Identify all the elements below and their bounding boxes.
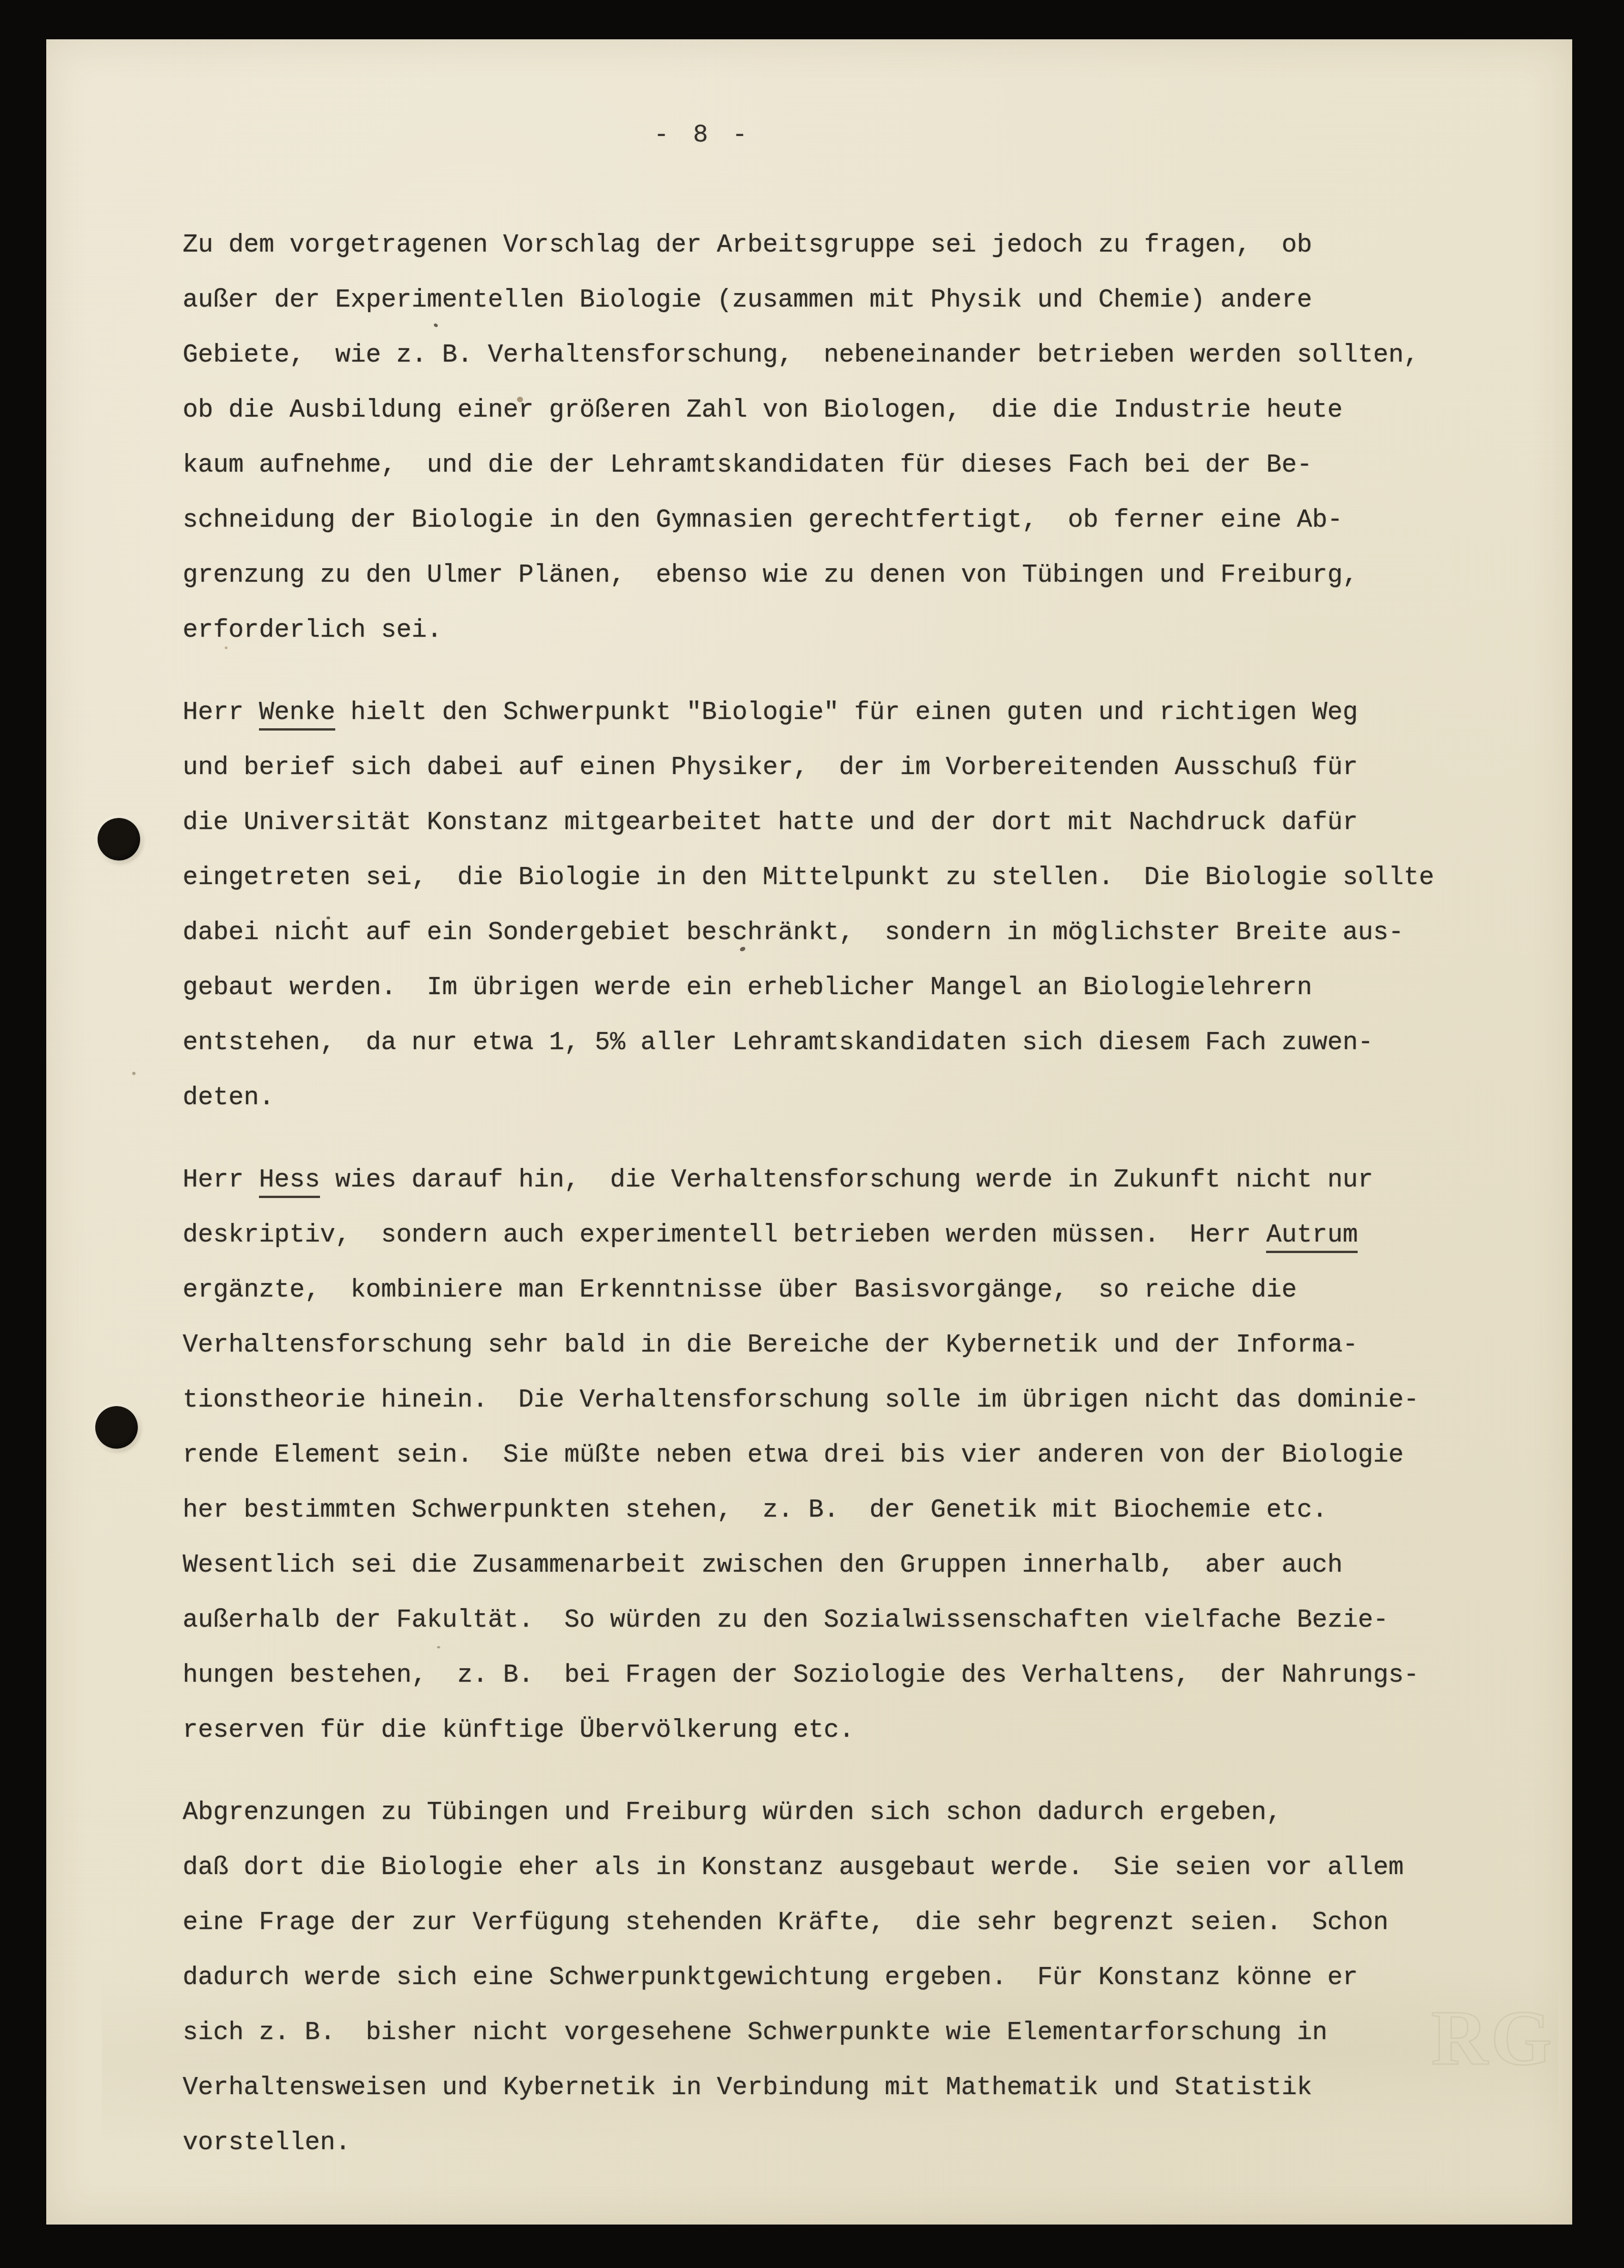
text-line: tionstheorie hinein. Die Verhaltensforsc… — [183, 1372, 1491, 1427]
text-line: sich z. B. bisher nicht vorgesehene Schw… — [183, 2005, 1491, 2060]
text-segment: Verhaltensforschung sehr bald in die Ber… — [183, 1330, 1358, 1359]
text-line: und berief sich dabei auf einen Physiker… — [183, 740, 1491, 795]
text-segment: Abgrenzungen zu Tübingen und Freiburg wü… — [183, 1798, 1281, 1827]
text-segment: deten. — [183, 1083, 274, 1112]
text-segment: und berief sich dabei auf einen Physiker… — [183, 753, 1358, 782]
text-line: ob die Ausbildung einer größeren Zahl vo… — [183, 382, 1491, 437]
paper-speck — [1147, 354, 1150, 357]
text-line: Abgrenzungen zu Tübingen und Freiburg wü… — [183, 1785, 1491, 1840]
text-line: Verhaltensforschung sehr bald in die Ber… — [183, 1317, 1491, 1372]
text-line: her bestimmten Schwerpunkten stehen, z. … — [183, 1482, 1491, 1537]
text-line: gebaut werden. Im übrigen werde ein erhe… — [183, 960, 1491, 1015]
text-line: reserven für die künftige Übervölkerung … — [183, 1703, 1491, 1758]
text-segment: Herr — [183, 698, 259, 727]
text-segment: kaum aufnehme, und die der Lehramtskandi… — [183, 450, 1312, 479]
text-segment: ergänzte, kombiniere man Erkenntnisse üb… — [183, 1275, 1297, 1304]
paragraph: Abgrenzungen zu Tübingen und Freiburg wü… — [183, 1785, 1491, 2170]
text-segment: rende Element sein. Sie müßte neben etwa… — [183, 1440, 1403, 1469]
text-line: daß dort die Biologie eher als in Konsta… — [183, 1840, 1491, 1895]
paragraph: Zu dem vorgetragenen Vorschlag der Arbei… — [183, 217, 1491, 658]
text-segment: hungen bestehen, z. B. bei Fragen der So… — [183, 1660, 1419, 1690]
underlined-name: Hess — [259, 1165, 320, 1198]
text-block: Zu dem vorgetragenen Vorschlag der Arbei… — [183, 217, 1491, 2197]
text-segment: wies darauf hin, die Verhaltensforschung… — [320, 1165, 1373, 1194]
text-line: deten. — [183, 1070, 1491, 1125]
text-segment: eingetreten sei, die Biologie in den Mit… — [183, 863, 1434, 892]
text-segment: ob die Ausbildung einer größeren Zahl vo… — [183, 395, 1342, 424]
text-line: hungen bestehen, z. B. bei Fragen der So… — [183, 1647, 1491, 1703]
text-segment: Zu dem vorgetragenen Vorschlag der Arbei… — [183, 230, 1312, 259]
paper-speck — [437, 1646, 440, 1648]
text-line: Zu dem vorgetragenen Vorschlag der Arbei… — [183, 217, 1491, 272]
text-line: entstehen, da nur etwa 1, 5% aller Lehra… — [183, 1015, 1491, 1070]
text-line: grenzung zu den Ulmer Plänen, ebenso wie… — [183, 547, 1491, 602]
text-segment: schneidung der Biologie in den Gymnasien… — [183, 505, 1342, 535]
text-segment: außerhalb der Fakultät. So würden zu den… — [183, 1605, 1388, 1635]
text-line: kaum aufnehme, und die der Lehramtskandi… — [183, 437, 1491, 492]
text-segment: Wesentlich sei die Zusammenarbeit zwisch… — [183, 1550, 1342, 1580]
text-segment: sich z. B. bisher nicht vorgesehene Schw… — [183, 2018, 1327, 2047]
text-segment: entstehen, da nur etwa 1, 5% aller Lehra… — [183, 1028, 1373, 1057]
text-segment: erforderlich sei. — [183, 615, 442, 645]
text-segment: deskriptiv, sondern auch experimentell b… — [183, 1220, 1266, 1249]
paper-speck — [326, 916, 330, 919]
text-segment: dabei nicht auf ein Sondergebiet beschrä… — [183, 918, 1403, 947]
text-line: Verhaltensweisen und Kybernetik in Verbi… — [183, 2060, 1491, 2115]
text-line: Herr Hess wies darauf hin, die Verhalten… — [183, 1152, 1491, 1207]
paper-speck — [132, 1072, 135, 1075]
paragraph: Herr Wenke hielt den Schwerpunkt "Biolog… — [183, 685, 1491, 1125]
text-line: ergänzte, kombiniere man Erkenntnisse üb… — [183, 1262, 1491, 1317]
underlined-name: Autrum — [1266, 1220, 1358, 1253]
text-segment: Verhaltensweisen und Kybernetik in Verbi… — [183, 2073, 1312, 2102]
paper-speck — [225, 646, 228, 649]
paragraph: Herr Hess wies darauf hin, die Verhalten… — [183, 1152, 1491, 1758]
text-segment: hielt den Schwerpunkt "Biologie" für ein… — [335, 698, 1358, 727]
text-line: rende Element sein. Sie müßte neben etwa… — [183, 1427, 1491, 1482]
text-line: dadurch werde sich eine Schwerpunktgewic… — [183, 1950, 1491, 2005]
text-line: eine Frage der zur Verfügung stehenden K… — [183, 1895, 1491, 1950]
text-segment: Gebiete, wie z. B. Verhaltensforschung, … — [183, 340, 1419, 369]
text-segment: tionstheorie hinein. Die Verhaltensforsc… — [183, 1385, 1419, 1414]
text-segment: vorstellen. — [183, 2128, 351, 2157]
text-segment: außer der Experimentellen Biologie (zusa… — [183, 285, 1312, 314]
text-line: vorstellen. — [183, 2115, 1491, 2170]
text-segment: gebaut werden. Im übrigen werde ein erhe… — [183, 973, 1312, 1002]
text-segment: die Universität Konstanz mitgearbeitet h… — [183, 808, 1358, 837]
scan-background: { "document": { "page_number": "- 8 -", … — [0, 0, 1624, 2268]
text-segment: dadurch werde sich eine Schwerpunktgewic… — [183, 1963, 1358, 1992]
text-line: deskriptiv, sondern auch experimentell b… — [183, 1207, 1491, 1262]
text-line: schneidung der Biologie in den Gymnasien… — [183, 492, 1491, 547]
text-line: erforderlich sei. — [183, 602, 1491, 658]
text-line: dabei nicht auf ein Sondergebiet beschrä… — [183, 905, 1491, 960]
text-line: Herr Wenke hielt den Schwerpunkt "Biolog… — [183, 685, 1491, 740]
text-line: Gebiete, wie z. B. Verhaltensforschung, … — [183, 327, 1491, 382]
text-line: Wesentlich sei die Zusammenarbeit zwisch… — [183, 1537, 1491, 1592]
text-line: eingetreten sei, die Biologie in den Mit… — [183, 850, 1491, 905]
text-segment: reserven für die künftige Übervölkerung … — [183, 1715, 854, 1745]
text-segment: daß dort die Biologie eher als in Konsta… — [183, 1853, 1403, 1882]
text-line: die Universität Konstanz mitgearbeitet h… — [183, 795, 1491, 850]
hole-punch-top — [98, 818, 140, 860]
text-segment: her bestimmten Schwerpunkten stehen, z. … — [183, 1495, 1327, 1524]
text-segment: eine Frage der zur Verfügung stehenden K… — [183, 1908, 1388, 1937]
text-line: außerhalb der Fakultät. So würden zu den… — [183, 1592, 1491, 1647]
paper-speck — [517, 397, 523, 402]
page-number: - 8 - — [627, 121, 779, 149]
text-line: außer der Experimentellen Biologie (zusa… — [183, 272, 1491, 327]
underlined-name: Wenke — [259, 698, 335, 731]
text-segment: Herr — [183, 1165, 259, 1194]
hole-punch-bottom — [95, 1406, 138, 1449]
text-segment: grenzung zu den Ulmer Plänen, ebenso wie… — [183, 560, 1358, 590]
